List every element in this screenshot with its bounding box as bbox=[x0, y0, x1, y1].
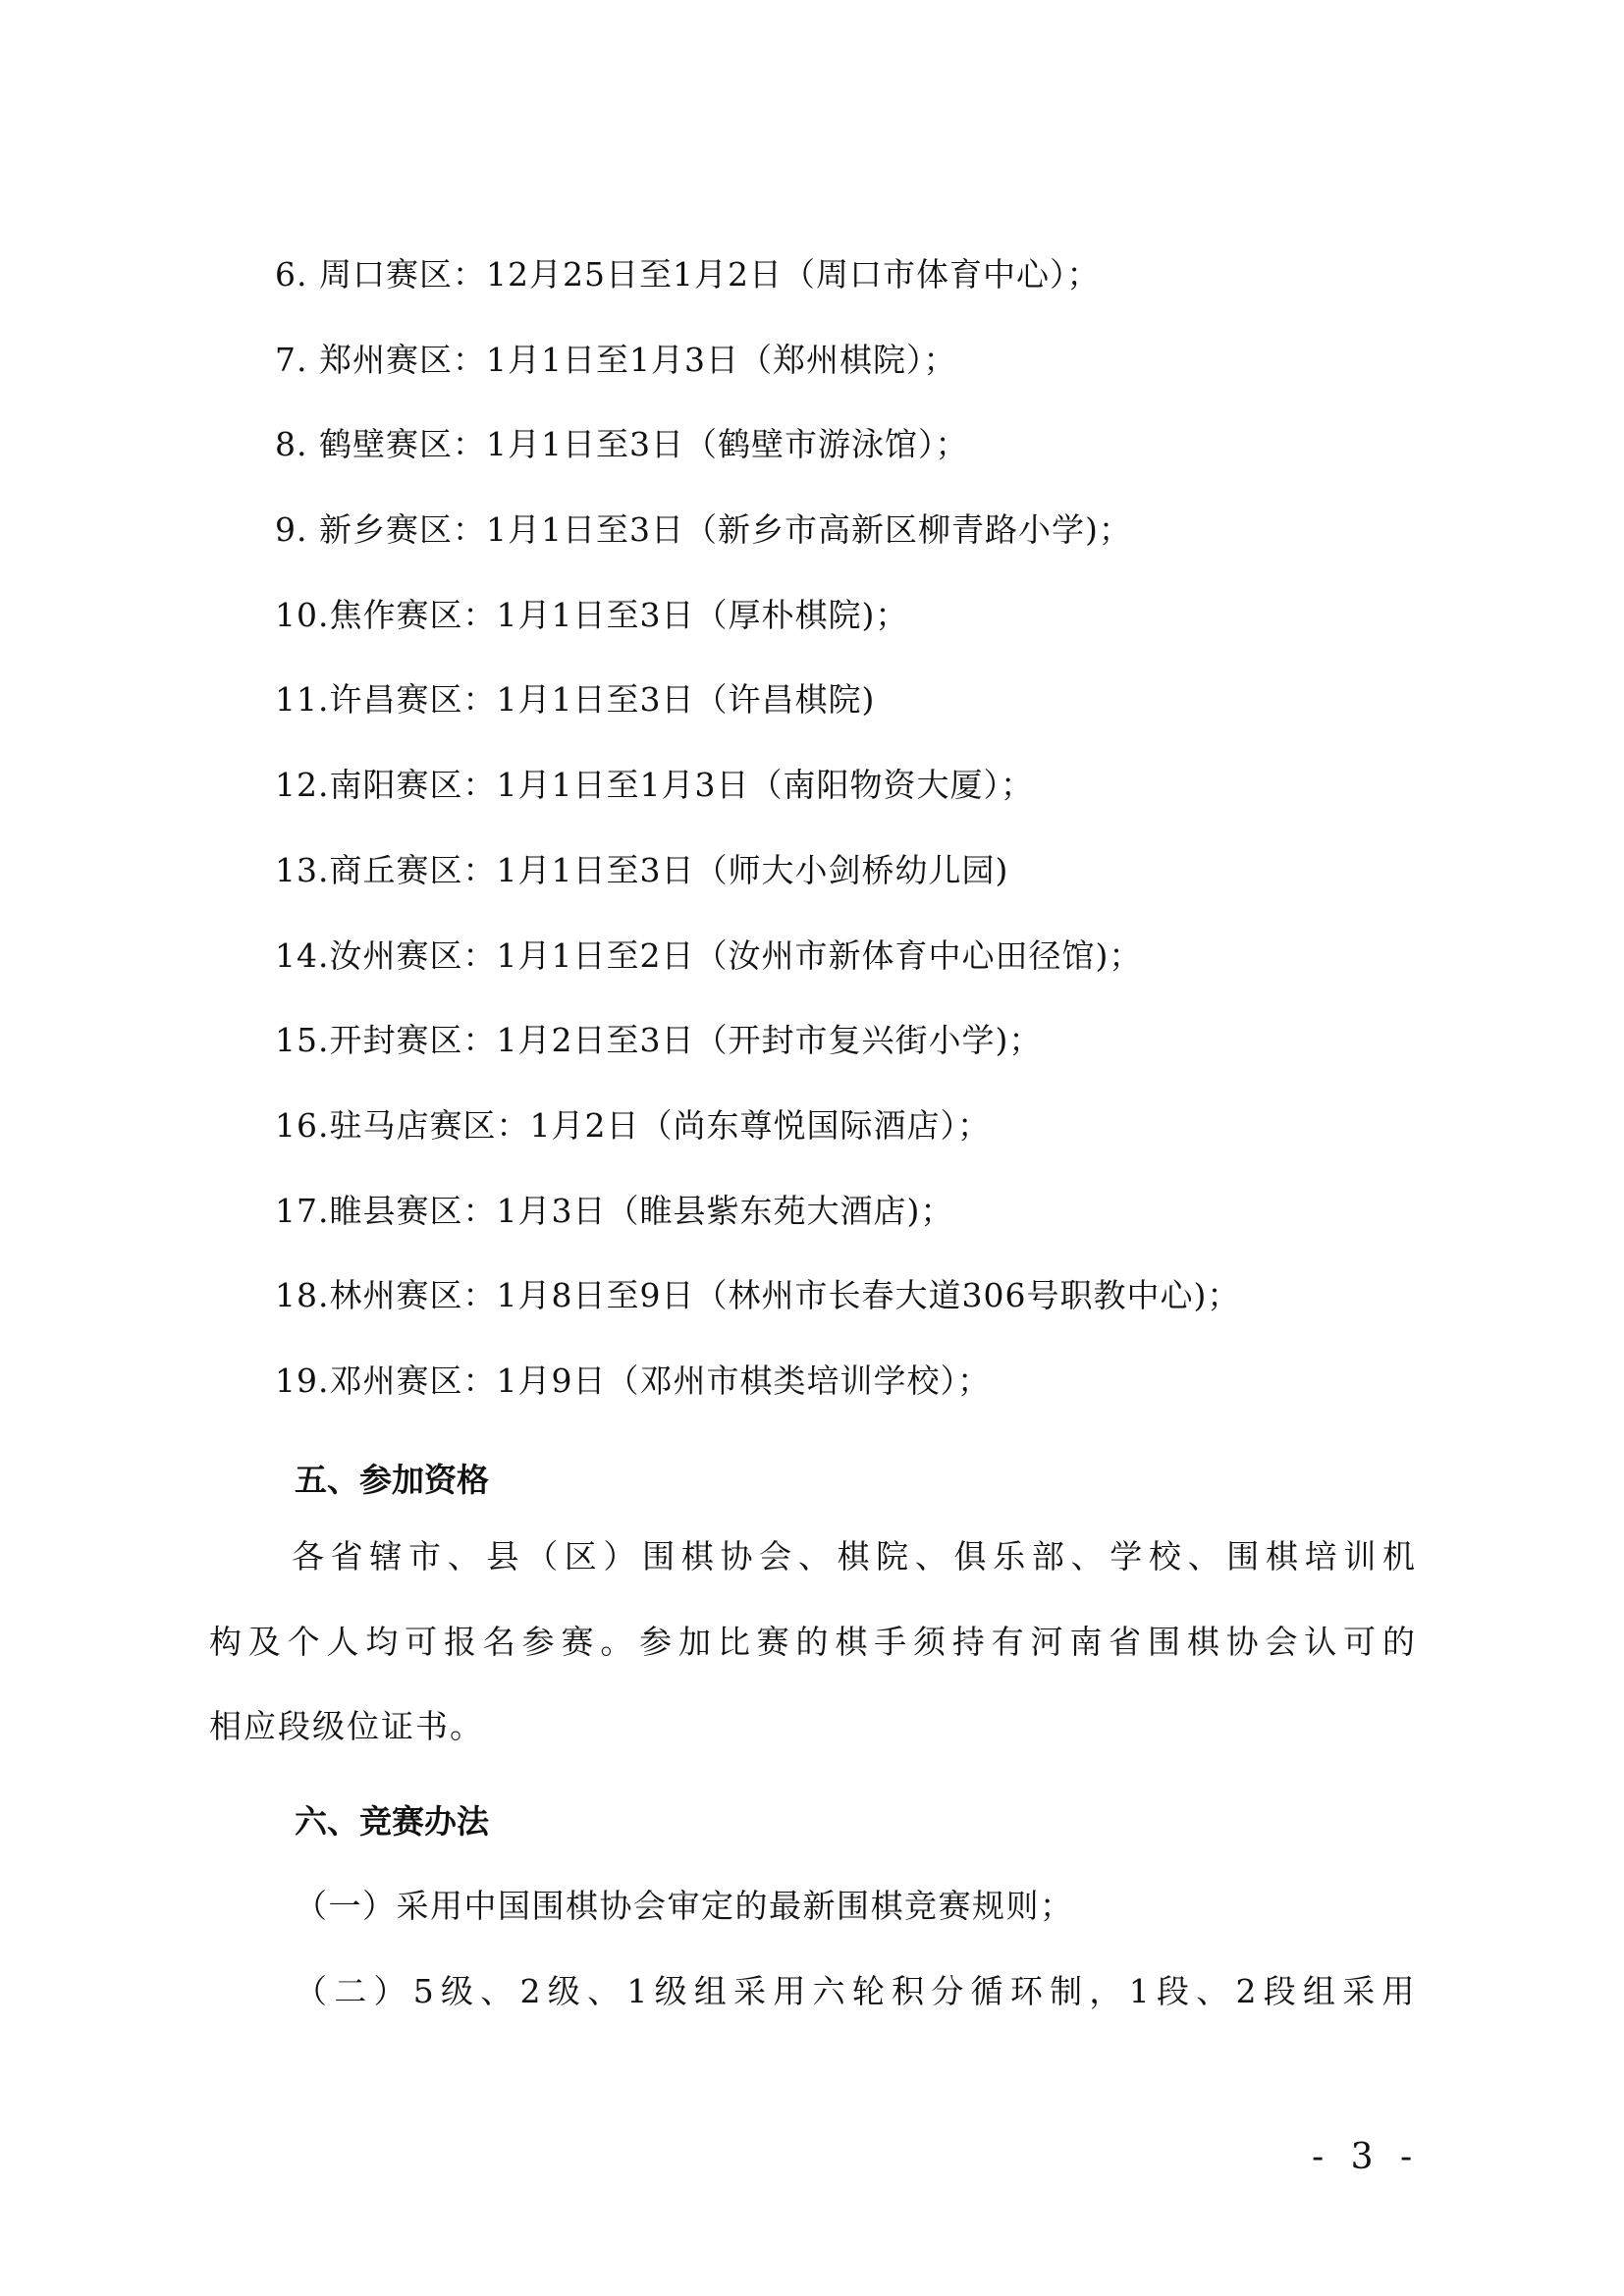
venue-text: 林州赛区：1月8日至9日（林州市长春大道306号职教中心)； bbox=[329, 1276, 1240, 1314]
venue-number: 8. bbox=[275, 425, 308, 463]
venue-number: 18. bbox=[275, 1276, 329, 1314]
paragraph-line: 相应段级位证书。 bbox=[209, 1684, 1417, 1770]
venue-number: 9. bbox=[275, 510, 308, 549]
venue-number: 14. bbox=[275, 936, 329, 975]
page-number: - 3 - bbox=[1312, 2128, 1420, 2187]
venue-item: 16.驻马店赛区：1月2日（尚东尊悦国际酒店）； bbox=[275, 1096, 1240, 1182]
competition-rule-item: （二）5级、2级、1级组采用六轮积分循环制，1段、2段组采用 bbox=[295, 1962, 1416, 2021]
venue-number: 11. bbox=[275, 680, 329, 719]
venue-item: 7. 郑州赛区：1月1日至1月3日（郑州棋院）； bbox=[275, 331, 1240, 416]
venue-text: 南阳赛区：1月1日至1月3日（南阳物资大厦）； bbox=[329, 766, 1033, 804]
venue-item: 9. 新乡赛区：1月1日至3日（新乡市高新区柳青路小学)； bbox=[275, 501, 1240, 586]
venue-text: 新乡赛区：1月1日至3日（新乡市高新区柳青路小学)； bbox=[319, 510, 1132, 549]
venue-text: 鹤壁赛区：1月1日至3日（鹤壁市游泳馆）； bbox=[319, 425, 969, 463]
venue-item: 15.开封赛区：1月2日至3日（开封市复兴街小学)； bbox=[275, 1011, 1240, 1096]
venue-number: 10. bbox=[275, 596, 329, 634]
venue-number: 17. bbox=[275, 1192, 329, 1230]
venue-text: 开封赛区：1月2日至3日（开封市复兴街小学)； bbox=[329, 1021, 1042, 1059]
venue-text: 许昌赛区：1月1日至3日（许昌棋院) bbox=[329, 680, 875, 719]
venue-item: 17.睢县赛区：1月3日（睢县紫东苑大酒店)； bbox=[275, 1182, 1240, 1267]
venue-text: 邓州赛区：1月9日（邓州市棋类培训学校）； bbox=[329, 1362, 991, 1400]
section-heading-eligibility: 五、参加资格 bbox=[295, 1451, 489, 1510]
venue-item: 18.林州赛区：1月8日至9日（林州市长春大道306号职教中心)； bbox=[275, 1266, 1240, 1352]
venue-item: 10.焦作赛区：1月1日至3日（厚朴棋院)； bbox=[275, 586, 1240, 671]
venue-number: 12. bbox=[275, 766, 329, 804]
section-heading-competition-method: 六、竞赛办法 bbox=[295, 1792, 489, 1851]
venue-text: 焦作赛区：1月1日至3日（厚朴棋院)； bbox=[329, 596, 908, 634]
competition-rule-item: （一）采用中国围棋协会审定的最新围棋竞赛规则； bbox=[295, 1877, 1074, 1936]
eligibility-paragraph: 各省辖市、县（区）围棋协会、棋院、俱乐部、学校、围棋培训机 构及个人均可报名参赛… bbox=[209, 1515, 1417, 1770]
venue-item: 19.邓州赛区：1月9日（邓州市棋类培训学校）； bbox=[275, 1352, 1240, 1437]
venue-number: 13. bbox=[275, 851, 329, 889]
venue-text: 周口赛区：12月25日至1月2日（周口市体育中心）； bbox=[319, 255, 1100, 294]
venue-item: 11.许昌赛区：1月1日至3日（许昌棋院) bbox=[275, 670, 1240, 756]
venue-number: 6. bbox=[275, 255, 308, 294]
venue-text: 郑州赛区：1月1日至1月3日（郑州棋院）； bbox=[319, 341, 956, 379]
venue-text: 商丘赛区：1月1日至3日（师大小剑桥幼儿园) bbox=[329, 851, 1008, 889]
venue-item: 8. 鹤壁赛区：1月1日至3日（鹤壁市游泳馆）； bbox=[275, 415, 1240, 501]
venue-number: 16. bbox=[275, 1106, 329, 1145]
document-page: 6. 周口赛区：12月25日至1月2日（周口市体育中心）； 7. 郑州赛区：1月… bbox=[0, 0, 1624, 2296]
venue-number: 7. bbox=[275, 341, 308, 379]
venue-item: 6. 周口赛区：12月25日至1月2日（周口市体育中心）； bbox=[275, 245, 1240, 331]
paragraph-line: 构及个人均可报名参赛。参加比赛的棋手须持有河南省围棋协会认可的 bbox=[209, 1600, 1417, 1685]
venue-list: 6. 周口赛区：12月25日至1月2日（周口市体育中心）； 7. 郑州赛区：1月… bbox=[275, 245, 1240, 1437]
venue-text: 汝州赛区：1月1日至2日（汝州市新体育中心田径馆)； bbox=[329, 936, 1142, 975]
venue-item: 14.汝州赛区：1月1日至2日（汝州市新体育中心田径馆)； bbox=[275, 927, 1240, 1012]
venue-item: 13.商丘赛区：1月1日至3日（师大小剑桥幼儿园) bbox=[275, 841, 1240, 927]
venue-number: 15. bbox=[275, 1021, 329, 1059]
venue-text: 睢县赛区：1月3日（睢县紫东苑大酒店)； bbox=[329, 1192, 953, 1230]
venue-number: 19. bbox=[275, 1362, 329, 1400]
venue-item: 12.南阳赛区：1月1日至1月3日（南阳物资大厦）； bbox=[275, 756, 1240, 841]
paragraph-line: 各省辖市、县（区）围棋协会、棋院、俱乐部、学校、围棋培训机 bbox=[209, 1515, 1417, 1600]
venue-text: 驻马店赛区：1月2日（尚东尊悦国际酒店）； bbox=[329, 1106, 991, 1145]
